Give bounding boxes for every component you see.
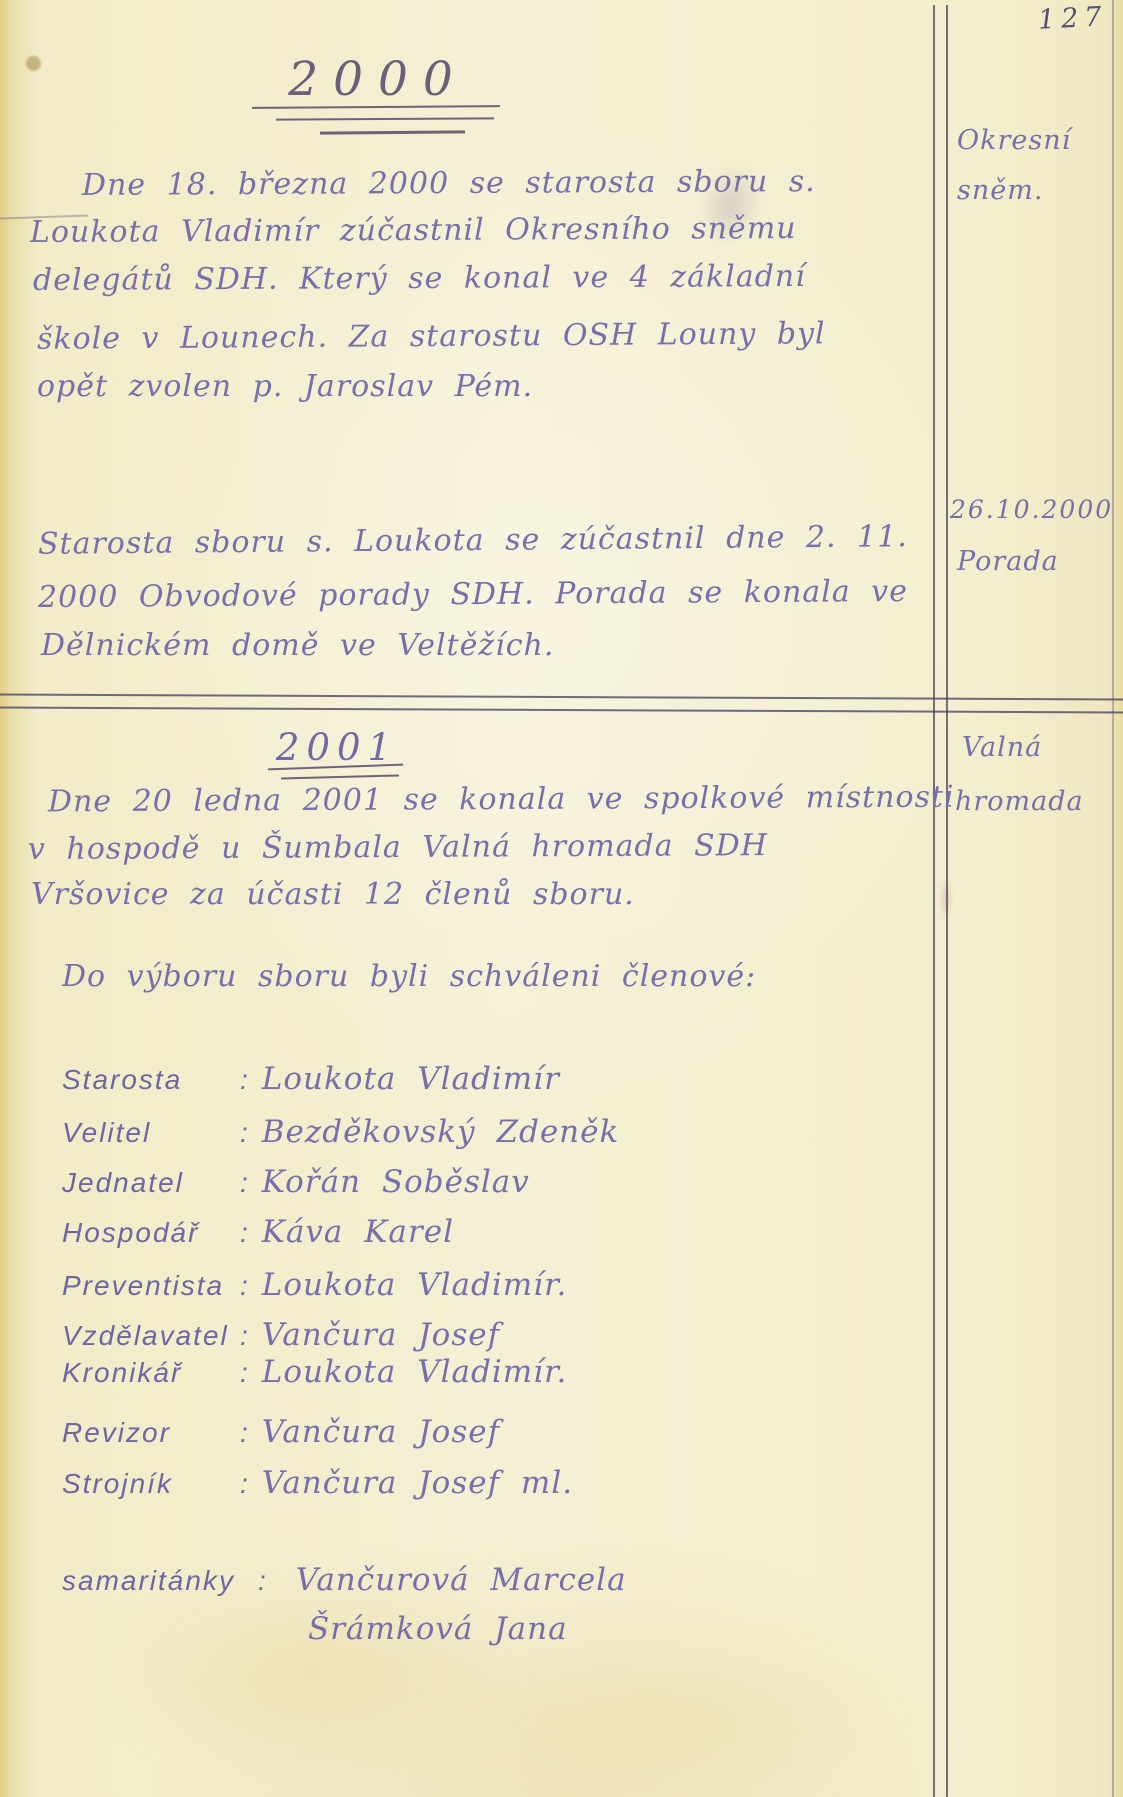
colon-separator: : [240,1320,248,1351]
entry-2001-line: Dne 20 ledna 2001 se konala ve spolkové … [48,781,955,819]
role-label: Strojník [62,1468,240,1500]
paper-stain [370,1640,950,1797]
entry-2000-line: Dne 18. března 2000 se starosta sboru s. [82,165,816,202]
role-label: Preventista [62,1270,240,1302]
entry-2001-line: Vršovice za účasti 12 členů sboru. [31,878,635,911]
margin-note-okresni-snem: Okresní [957,126,1071,156]
entry-2000-line: Loukota Vladimír zúčastnil Okresního sně… [30,212,797,249]
committee-row: Starosta:Loukota Vladimír [62,1062,560,1096]
role-label: Kronikář [62,1357,240,1389]
member-name: Šrámková Jana [308,1612,568,1646]
colon-separator: : [240,1064,248,1095]
margin-note-valna-hromada: hromada [955,787,1084,817]
committee-row: Jednatel:Kořán Soběslav [62,1165,530,1199]
margin-note-okresni-snem: sněm. [957,176,1043,206]
role-label: Jednatel [62,1167,240,1199]
entry-2000-line: 2000 Obvodové porady SDH. Porada se kona… [38,575,908,614]
role-label: Velitel [62,1117,240,1149]
committee-row: Vzdělavatel:Vančura Josef [62,1318,500,1352]
paper-stain [672,138,788,274]
member-name: Vančura Josef [262,1414,500,1450]
entry-2000-line: Dělnickém domě ve Veltěžích. [41,629,554,662]
title-underline [252,105,500,109]
margin-note-porada-date: 26.10.2000 [950,496,1113,524]
entry-2000-line: opět zvolen p. Jaroslav Pém. [37,370,533,403]
member-name: Loukota Vladimír [262,1061,560,1097]
margin-note-porada: Porada [957,547,1059,577]
chronicle-page: 127 2000 Dne 18. března 2000 se starosta… [0,0,1123,1797]
committee-row: Kronikář:Loukota Vladimír. [62,1355,567,1389]
member-name: Vančurová Marcela [296,1562,627,1598]
committee-row: Velitel:Bezděkovský Zdeněk [62,1115,619,1149]
role-label: Vzdělavatel [62,1320,240,1352]
role-label: Starosta [62,1064,240,1096]
colon-separator: : [240,1167,248,1198]
committee-intro: Do výboru sboru byli schváleni členové: [62,960,756,993]
member-name: Loukota Vladimír. [262,1354,568,1390]
member-name: Bezděkovský Zdeněk [262,1114,620,1150]
member-name: Vančura Josef ml. [262,1465,573,1501]
entry-2000-line: škole v Lounech. Za starostu OSH Louny b… [37,317,826,356]
samaritans-row: samaritánky:Vančurová Marcela [62,1563,627,1597]
title-underline [320,130,465,134]
colon-separator: : [240,1357,248,1388]
committee-row: Revizor:Vančura Josef [62,1415,500,1449]
section-divider-line-1 [0,694,1123,701]
colon-separator: : [240,1417,248,1448]
member-name: Vančura Josef [262,1317,500,1353]
committee-row: Strojník:Vančura Josef ml. [62,1466,573,1500]
member-name: Loukota Vladimír. [262,1267,568,1303]
colon-separator: : [258,1565,266,1596]
year-2000-title: 2000 [268,52,488,107]
member-name: Káva Karel [262,1214,454,1250]
margin-rule-right [946,5,948,1797]
member-name: Kořán Soběslav [262,1164,530,1200]
colon-separator: : [240,1117,248,1148]
entry-2000-line: Starosta sboru s. Loukota se zúčastnil d… [38,520,908,561]
role-label: Revizor [62,1417,240,1449]
margin-rule-left [933,5,935,1797]
committee-row: Hospodář:Káva Karel [62,1215,454,1249]
title-underline [276,117,494,120]
committee-row: Preventista:Loukota Vladimír. [62,1268,567,1302]
margin-note-valna-hromada: Valná [962,733,1042,763]
colon-separator: : [240,1217,248,1248]
page-edge-line [1112,0,1114,1797]
colon-separator: : [240,1270,248,1301]
entry-2001-line: v hospodě u Šumbala Valná hromada SDH [28,829,768,866]
page-number: 127 [1037,2,1108,35]
role-label: Hospodář [62,1217,240,1249]
entry-2000-line: delegátů SDH. Který se konal ve 4 základ… [33,260,806,297]
colon-separator: : [240,1468,248,1499]
year-2001-title: 2001 [272,726,402,769]
section-divider-line-2 [0,707,1123,714]
paper-stain [26,56,41,71]
title-underline [281,774,399,779]
role-label: samaritánky [62,1565,258,1597]
